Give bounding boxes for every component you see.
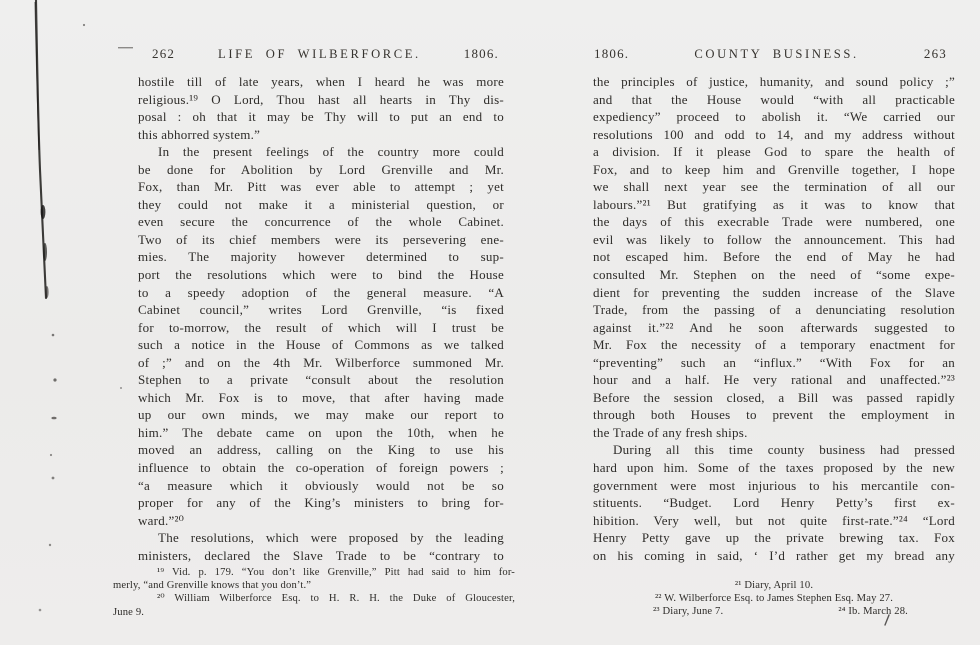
text-line: moved an address, calling on the King to… — [138, 441, 504, 459]
text-line: hard upon him. Some of the taxes propose… — [593, 459, 955, 477]
text-line: they could not make it a ministerial que… — [138, 196, 504, 214]
text-line: Fox, and to keep him and Grenville toget… — [593, 161, 955, 179]
text-line: for to-morrow, the result of which will … — [138, 319, 504, 337]
text-line: and that the House would “with all pract… — [593, 91, 955, 109]
text-line: merly, “and Grenville knows that you don… — [113, 579, 515, 592]
text-line: a division. If it please God to spare th… — [593, 143, 955, 161]
running-title-left: LIFE OF WILBERFORCE. — [218, 47, 421, 62]
text-line: “a measure which it obviously would not … — [138, 477, 504, 495]
footnote-part: ²³ Diary, June 7. — [653, 606, 723, 619]
binding-edge-line — [35, 0, 49, 298]
footnote-line: ²¹ Diary, April 10. — [593, 580, 955, 593]
text-line: not escaped him. Before the end of May h… — [593, 248, 955, 266]
text-line: we shall next year see the termination o… — [593, 178, 955, 196]
text-line: Mr. Fox the necessity of a temporary ena… — [593, 336, 955, 354]
text-line: even secure the concurrence of the whole… — [138, 213, 504, 231]
text-line: Stephen to a private “consult about the … — [138, 371, 504, 389]
text-line: up our own minds, we may make our report… — [138, 406, 504, 424]
text-line: the days of this execrable Trade were nu… — [593, 213, 955, 231]
text-line: ministers, declared the Slave Trade to b… — [138, 547, 504, 565]
text-line: ²⁰ William Wilberforce Esq. to H. R. H. … — [113, 592, 515, 605]
text-line: hibition. Very well, but not quite first… — [593, 512, 955, 530]
text-line: dient for preventing the sudden increase… — [593, 284, 955, 302]
text-line: ¹⁹ Vid. p. 179. “You don’t like Grenvill… — [113, 566, 515, 579]
text-line: port the resolutions which were to bind … — [138, 266, 504, 284]
ink-specks — [39, 24, 140, 611]
paragraph: ²⁰ William Wilberforce Esq. to H. R. H. … — [113, 592, 515, 618]
text-line: labours.”²¹ But gratifying as it was to … — [593, 196, 955, 214]
text-line: the Trade of any fresh ships. — [593, 424, 955, 442]
page-right-body: the principles of justice, humanity, and… — [593, 73, 955, 566]
paragraph: ¹⁹ Vid. p. 179. “You don’t like Grenvill… — [113, 566, 515, 592]
text-line: Two of its chief members were its persev… — [138, 231, 504, 249]
text-line: Henry Petty gave up the private brewing … — [593, 529, 955, 547]
text-line: consulted Mr. Stephen on the need of “so… — [593, 266, 955, 284]
page-right-header: 1806. COUNTY BUSINESS. 263 — [593, 46, 955, 62]
text-line: religious.¹⁹ O Lord, Thou hast all heart… — [138, 91, 504, 109]
text-line: Fox, than Mr. Pitt was ever able to atte… — [138, 178, 504, 196]
text-line: which Mr. Fox is to move, that after hav… — [138, 389, 504, 407]
text-line: mies. The majority however determined to… — [138, 248, 504, 266]
paragraph: hostile till of late years, when I heard… — [138, 73, 504, 143]
text-line: posal : oh that it may be Thy will to pu… — [138, 108, 504, 126]
text-line: on his coming in said, ‘ I’d rather get … — [593, 547, 955, 565]
text-line: June 9. — [113, 606, 515, 619]
paragraph: During all this time county business had… — [593, 441, 955, 564]
text-line: of ;” and on the 4th Mr. Wilberforce sum… — [138, 354, 504, 372]
text-line: evil was likely to follow the announceme… — [593, 231, 955, 249]
text-line: hostile till of late years, when I heard… — [138, 73, 504, 91]
year-left: 1806. — [464, 46, 499, 62]
text-line: expediency” proceed to abolish it. “We c… — [593, 108, 955, 126]
text-line: In the present feelings of the country m… — [138, 143, 504, 161]
text-line: Cabinet council,” writes Lord Grenville,… — [138, 301, 504, 319]
page-left-header: 262 LIFE OF WILBERFORCE. 1806. — [138, 46, 504, 62]
text-line: influence to obtain the co-operation of … — [138, 459, 504, 477]
text-line: proper for any of the King’s ministers t… — [138, 494, 504, 512]
footnote-part: ²⁴ Ib. March 28. — [838, 606, 908, 619]
footnote-line: ²² W. Wilberforce Esq. to James Stephen … — [593, 593, 955, 606]
text-line: “preventing” such an “influx.” “With Fox… — [593, 354, 955, 372]
text-line: resolutions 100 and odd to 14, and my ad… — [593, 126, 955, 144]
text-line: The resolutions, which were proposed by … — [138, 529, 504, 547]
text-line: this abhorred system.” — [138, 126, 504, 144]
text-line: Trade, from the passing of a denunciatin… — [593, 301, 955, 319]
text-line: such a notice in the House of Commons as… — [138, 336, 504, 354]
text-line: government were most injurious to his me… — [593, 477, 955, 495]
text-line: hour and a half. He very rational and un… — [593, 371, 955, 389]
text-line: against it.”²² And he soon afterwards su… — [593, 319, 955, 337]
page-right: 1806. COUNTY BUSINESS. 263 the principle… — [593, 46, 955, 566]
paragraph: The resolutions, which were proposed by … — [138, 529, 504, 564]
footnote-line: ²³ Diary, June 7. ²⁴ Ib. March 28. — [593, 606, 955, 619]
page-number-left: 262 — [152, 46, 175, 62]
text-line: be done for Abolition by Lord Grenville … — [138, 161, 504, 179]
text-line: ward.”²⁰ — [138, 512, 504, 530]
text-line: the principles of justice, humanity, and… — [593, 73, 955, 91]
text-line: During all this time county business had… — [593, 441, 955, 459]
paragraph: In the present feelings of the country m… — [138, 143, 504, 529]
text-line: Before the session closed, a Bill was pa… — [593, 389, 955, 407]
page-left: 262 LIFE OF WILBERFORCE. 1806. hostile t… — [138, 46, 504, 566]
text-line: stituents. “Budget. Lord Henry Petty’s f… — [593, 494, 955, 512]
page-left-body: hostile till of late years, when I heard… — [138, 73, 504, 566]
page-left-footnotes: ¹⁹ Vid. p. 179. “You don’t like Grenvill… — [113, 566, 515, 619]
paragraph: the principles of justice, humanity, and… — [593, 73, 955, 441]
text-line: him.” The debate came on upon the 10th, … — [138, 424, 504, 442]
text-line: through both Houses to prevent the emplo… — [593, 406, 955, 424]
page-number-right: 263 — [924, 46, 947, 62]
page-right-footnotes: ²¹ Diary, April 10. ²² W. Wilberforce Es… — [593, 580, 955, 618]
year-right: 1806. — [594, 46, 629, 62]
text-line: to a speedy adoption of the general meas… — [138, 284, 504, 302]
book-scan: { "colors": { "paper": "#edecea", "ink":… — [0, 0, 980, 645]
running-title-right: COUNTY BUSINESS. — [694, 47, 858, 62]
